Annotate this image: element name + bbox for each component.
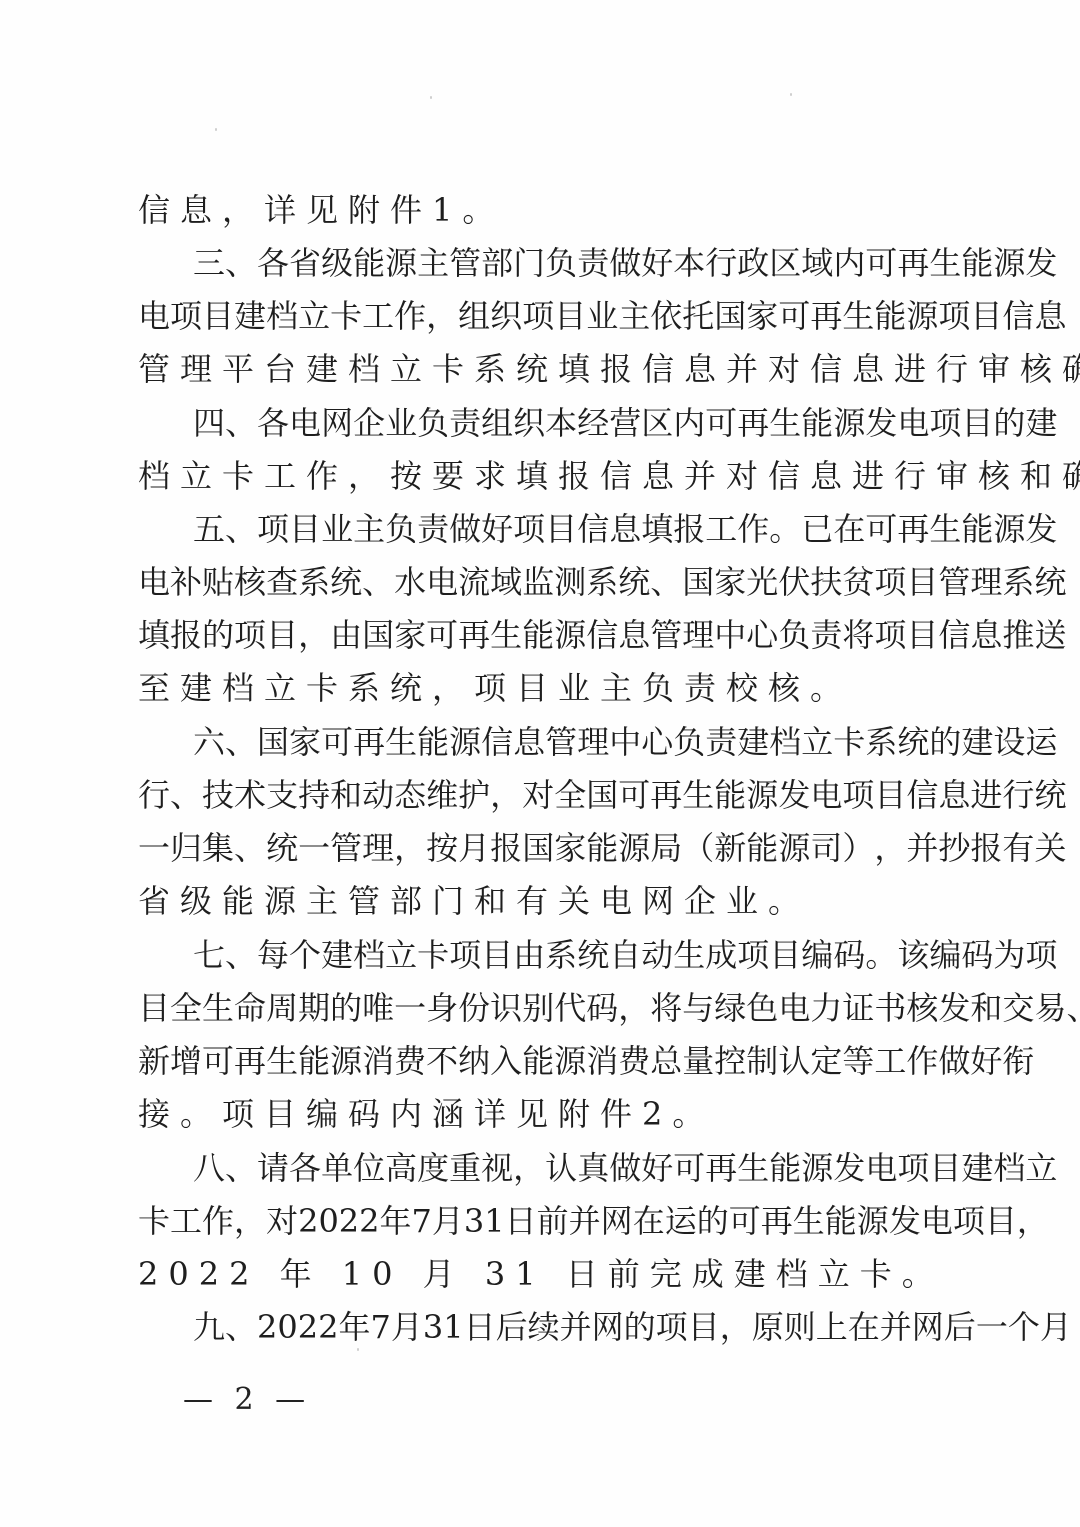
- text-line: 至建档立卡系统，项目业主负责校核。: [138, 666, 938, 710]
- text-line: 六、国家可再生能源信息管理中心负责建档立卡系统的建设运: [193, 720, 938, 764]
- text-line: 五、项目业主负责做好项目信息填报工作。已在可再生能源发: [193, 507, 938, 551]
- text-line: 一归集、统一管理，按月报国家能源局（新能源司），并抄报有关: [138, 826, 938, 870]
- text-line: 档立卡工作，按要求填报信息并对信息进行审核和确认。: [138, 454, 938, 498]
- text-line: 管理平台建档立卡系统填报信息并对信息进行审核确认。: [138, 347, 938, 391]
- text-line: 三、各省级能源主管部门负责做好本行政区域内可再生能源发: [193, 241, 938, 285]
- text-line: 信息，详见附件1。: [138, 188, 938, 232]
- text-line: 目全生命周期的唯一身份识别代码，将与绿色电力证书核发和交易、: [138, 986, 938, 1030]
- text-line: 省级能源主管部门和有关电网企业。: [138, 879, 938, 923]
- text-line: 2022 年 10 月 31 日前完成建档立卡。: [138, 1252, 938, 1296]
- text-line: 填报的项目，由国家可再生能源信息管理中心负责将项目信息推送: [138, 613, 938, 657]
- text-line: 电补贴核查系统、水电流域监测系统、国家光伏扶贫项目管理系统: [138, 560, 938, 604]
- scan-speck: [790, 93, 792, 96]
- scan-speck: [430, 96, 432, 99]
- text-line: 七、每个建档立卡项目由系统自动生成项目编码。该编码为项: [193, 933, 938, 977]
- text-line: 电项目建档立卡工作，组织项目业主依托国家可再生能源项目信息: [138, 294, 938, 338]
- text-line: 行、技术支持和动态维护，对全国可再生能源发电项目信息进行统: [138, 773, 938, 817]
- text-line: 八、请各单位高度重视，认真做好可再生能源发电项目建档立: [193, 1146, 938, 1190]
- scan-speck: [215, 128, 217, 131]
- page-number: — 2 —: [183, 1380, 311, 1420]
- document-page: 信息，详见附件1。三、各省级能源主管部门负责做好本行政区域内可再生能源发电项目建…: [0, 0, 1080, 1527]
- text-line: 接。项目编码内涵详见附件2。: [138, 1092, 938, 1136]
- scan-speck: [357, 1348, 359, 1351]
- text-line: 新增可再生能源消费不纳入能源消费总量控制认定等工作做好衔: [138, 1039, 938, 1083]
- text-line: 四、各电网企业负责组织本经营区内可再生能源发电项目的建: [193, 401, 938, 445]
- text-line: 卡工作，对2022年7月31日前并网在运的可再生能源发电项目，: [138, 1199, 938, 1243]
- text-line: 九、2022年7月31日后续并网的项目，原则上在并网后一个月: [193, 1305, 938, 1349]
